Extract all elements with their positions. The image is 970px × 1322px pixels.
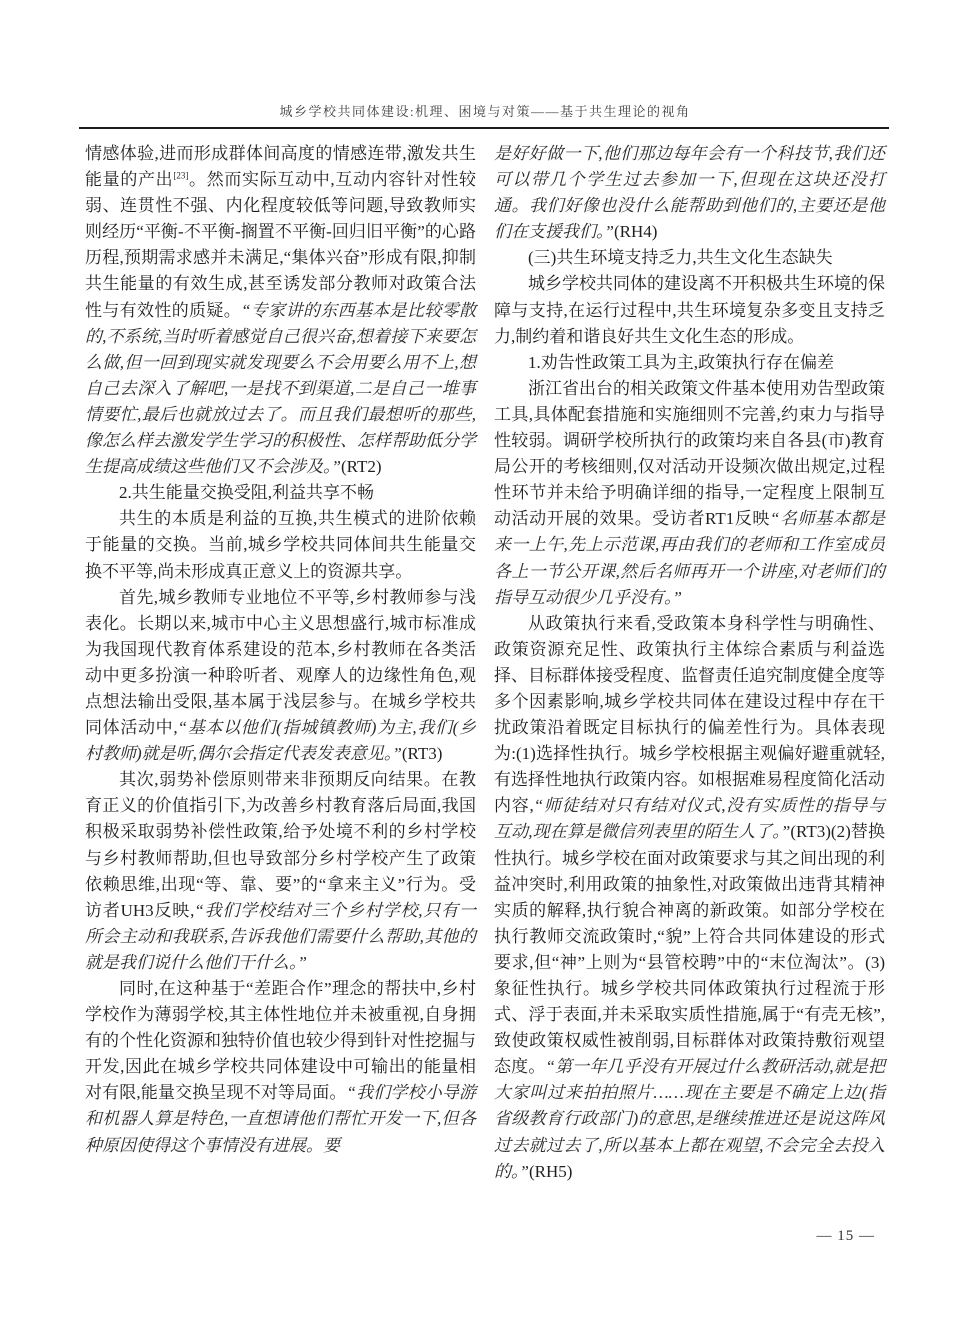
article-body: 情感体验,进而形成群体间高度的情感连带,激发共生能量的产出[23]。然而实际互动… xyxy=(85,141,885,1185)
body-text: 城乡学校共同体的建设离不开积极共生环境的保障与支持,在运行过程中,共生环境复杂多… xyxy=(494,274,885,345)
body-text: 其次,弱势补偿原则带来非预期反向结果。在教育正义的价值指引下,为改善乡村教育落后… xyxy=(85,770,476,919)
paragraph: 首先,城乡教师专业地位不平等,乡村教师参与浅表化。长期以来,城市中心主义思想盛行… xyxy=(85,585,476,768)
section-heading: 2.共生能量交换受阻,利益共享不畅 xyxy=(85,480,476,506)
body-text: 共生的本质是利益的互换,共生模式的进阶依赖于能量的交换。当前,城乡学校共同体间共… xyxy=(85,509,476,580)
section-heading: 1.劝告性政策工具为主,政策执行存在偏差 xyxy=(494,350,885,376)
page-number: — 15 — xyxy=(817,1228,876,1245)
paragraph: 是好好做一下,他们那边每年会有一个科技节,我们还可以带几个学生过去参加一下,但现… xyxy=(494,141,885,245)
interview-quote: “专家讲的东西基本是比较零散的,不系统,当时听着感觉自己很兴奋,想着接下来要怎么… xyxy=(85,301,476,477)
body-text: 2.共生能量交换受阻,利益共享不畅 xyxy=(119,483,374,502)
right-column: 是好好做一下,他们那边每年会有一个科技节,我们还可以带几个学生过去参加一下,但现… xyxy=(494,141,885,1185)
citation-superscript: [23] xyxy=(173,170,188,180)
body-text: (RH4) xyxy=(614,222,657,241)
header-rule xyxy=(79,127,889,129)
paragraph: 城乡学校共同体的建设离不开积极共生环境的保障与支持,在运行过程中,共生环境复杂多… xyxy=(494,271,885,349)
journal-page: 城乡学校共同体建设:机理、困境与对策——基于共生理论的视角 情感体验,进而形成群… xyxy=(0,0,970,1322)
paragraph: 共生的本质是利益的互换,共生模式的进阶依赖于能量的交换。当前,城乡学校共同体间共… xyxy=(85,506,476,584)
paragraph: 浙江省出台的相关政策文件基本使用劝告型政策工具,具体配套措施和实施细则不完善,约… xyxy=(494,376,885,611)
paragraph: 同时,在这种基于“差距合作”理念的帮扶中,乡村学校作为薄弱学校,其主体性地位并未… xyxy=(85,976,476,1159)
body-text: (RT2) xyxy=(341,457,382,476)
body-text: 1.劝告性政策工具为主,政策执行存在偏差 xyxy=(528,353,834,372)
paragraph: 从政策执行来看,受政策本身科学性与明确性、政策资源充足性、政策执行主体综合素质与… xyxy=(494,611,885,1185)
body-text: (RH5) xyxy=(529,1162,572,1181)
section-heading: (三)共生环境支持乏力,共生文化生态缺失 xyxy=(494,245,885,271)
body-text: (RT3) xyxy=(402,744,443,763)
body-text: (三)共生环境支持乏力,共生文化生态缺失 xyxy=(528,248,833,267)
interview-quote: 是好好做一下,他们那边每年会有一个科技节,我们还可以带几个学生过去参加一下,但现… xyxy=(494,144,885,241)
body-text: 浙江省出台的相关政策文件基本使用劝告型政策工具,具体配套措施和实施细则不完善,约… xyxy=(494,379,885,528)
paragraph: 情感体验,进而形成群体间高度的情感连带,激发共生能量的产出[23]。然而实际互动… xyxy=(85,141,476,480)
running-title: 城乡学校共同体建设:机理、困境与对策——基于共生理论的视角 xyxy=(0,101,970,120)
paragraph: 其次,弱势补偿原则带来非预期反向结果。在教育正义的价值指引下,为改善乡村教育落后… xyxy=(85,767,476,976)
body-text: (RT3)(2)替换性执行。城乡学校在面对政策要求与其之间出现的利益冲突时,利用… xyxy=(494,822,885,1076)
left-column: 情感体验,进而形成群体间高度的情感连带,激发共生能量的产出[23]。然而实际互动… xyxy=(85,141,476,1159)
body-text: 。然而实际互动中,互动内容针对性较弱、连贯性不强、内化程度较低等问题,导致教师实… xyxy=(85,170,476,319)
body-text: 从政策执行来看,受政策本身科学性与明确性、政策资源充足性、政策执行主体综合素质与… xyxy=(494,614,885,816)
body-text: 首先,城乡教师专业地位不平等,乡村教师参与浅表化。长期以来,城市中心主义思想盛行… xyxy=(85,588,476,737)
